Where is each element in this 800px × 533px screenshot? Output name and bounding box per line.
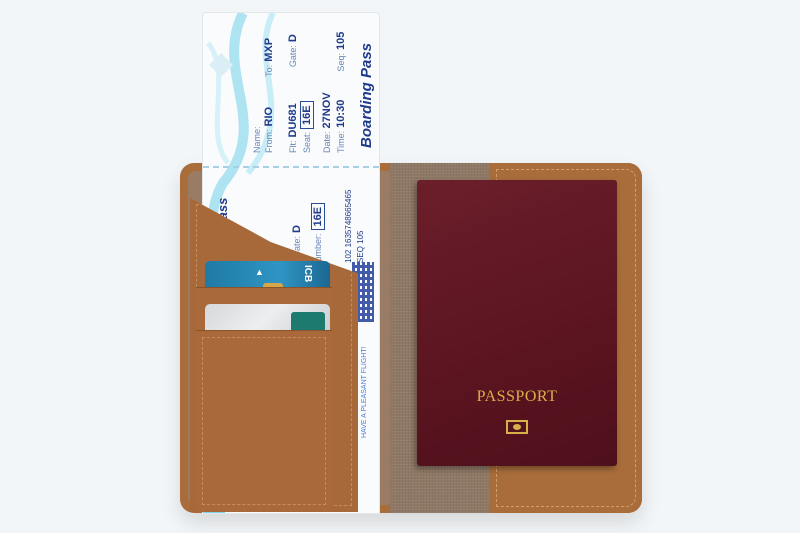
to-label: To: [264, 65, 274, 77]
seq-label: Seq: [336, 53, 346, 72]
biometric-chip-icon [506, 420, 528, 434]
time-label: Time: [336, 131, 346, 153]
card-slot [196, 330, 332, 511]
to-value: MXP [263, 38, 275, 62]
from-value: RIO [263, 107, 275, 127]
gate-value: D [287, 34, 299, 42]
passport: PASSPORT [417, 180, 617, 466]
ticket-number: 102 1635748665465 [344, 190, 353, 263]
seq-value: 105 [335, 32, 347, 50]
from-label: From: [264, 130, 274, 154]
flight-value: DU681 [287, 103, 299, 137]
flight-label: Flt: [288, 141, 298, 154]
gate-label: Gate: [288, 45, 298, 67]
boarding-pass-title: Boarding Pass [358, 43, 375, 148]
stub-gate-value: D [291, 225, 303, 233]
product-photo: Name: From:RIO To:MXP Flt:DU681 Gate:D S… [0, 0, 800, 533]
card-brand: ICB [302, 265, 313, 282]
stub-seq: SEQ 105 [356, 231, 365, 263]
perforation-line [203, 166, 379, 168]
stub-seat-value: 16E [311, 203, 325, 231]
date-value: 27NOV [321, 92, 333, 128]
date-label: Date: [322, 131, 332, 153]
pass-footer: HAVE A PLEASANT FLIGHT! [361, 346, 368, 438]
seat-value: 16E [300, 101, 314, 129]
name-label: Name: [252, 126, 262, 153]
passport-title: PASSPORT [417, 388, 617, 406]
time-value: 10:30 [335, 100, 347, 128]
triangle-icon: ▲ [255, 267, 264, 277]
seat-label: Seat: [302, 132, 312, 153]
